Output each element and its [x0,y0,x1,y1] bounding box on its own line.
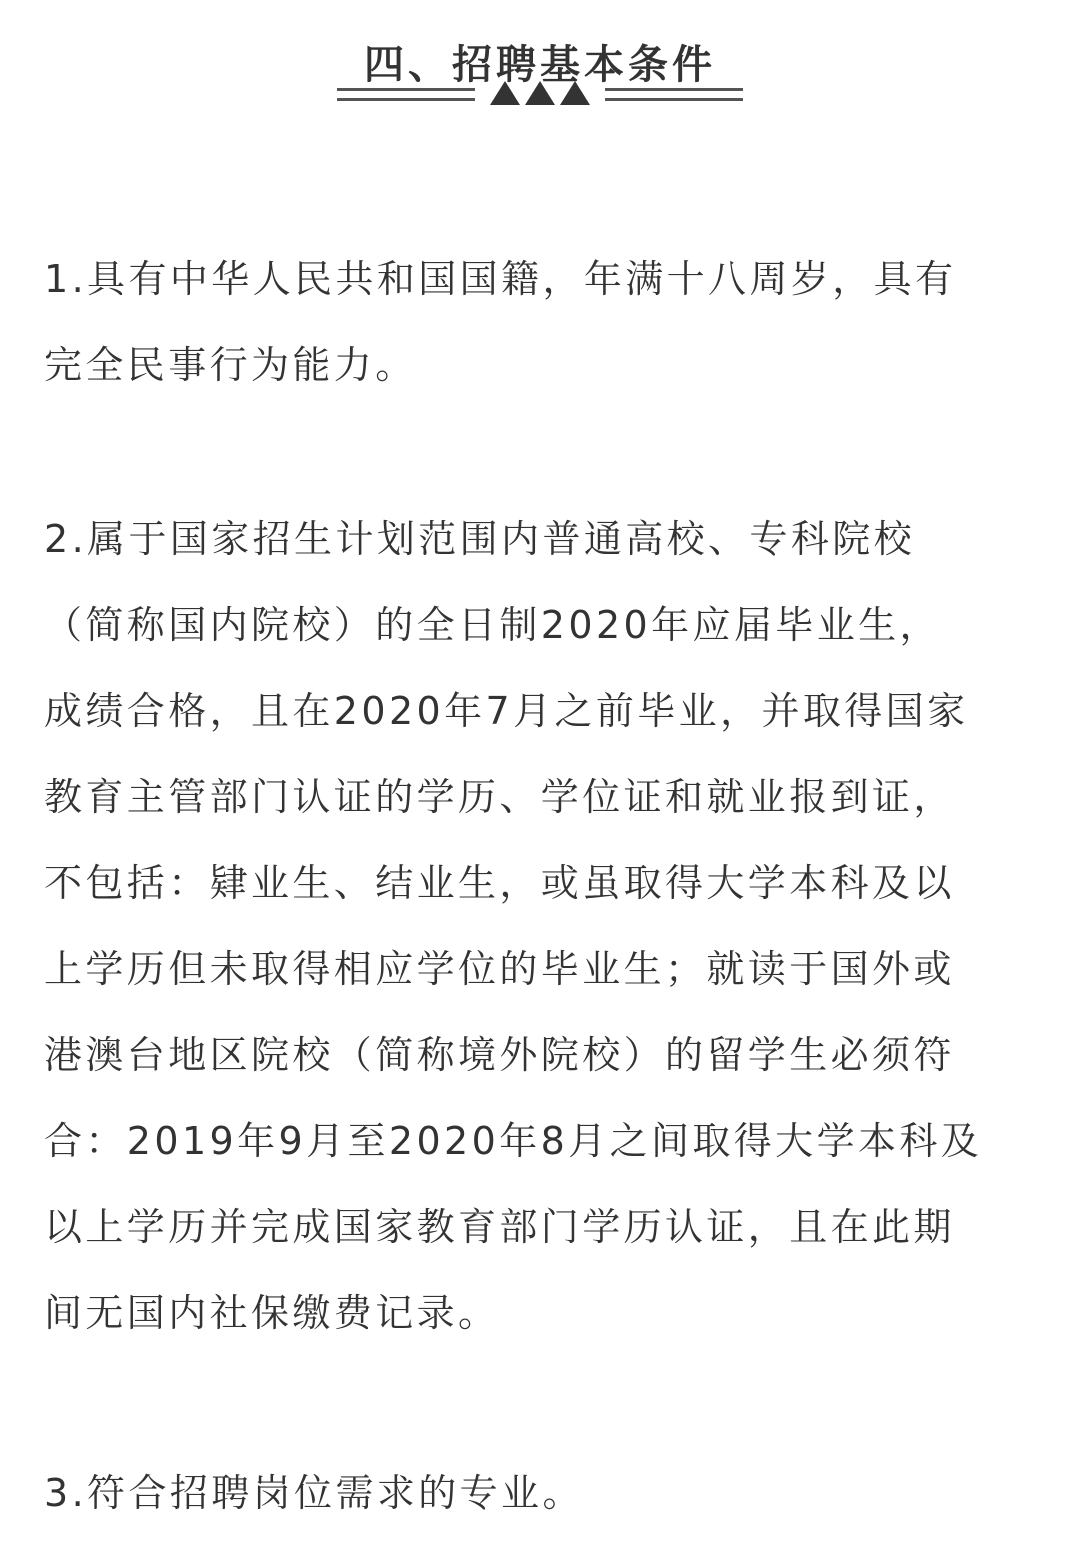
text-line: 1.具有中华人民共和国国籍，年满十八周岁，具有 [44,236,1044,322]
triangle-icon [525,81,555,105]
text-line: 成绩合格，且在2020年7月之前毕业，并取得国家 [44,668,1044,754]
text-line: 2.属于国家招生计划范围内普通高校、专科院校 [44,496,1044,582]
triple-triangle-icon [490,81,590,105]
text-line: 间无国内社保缴费记录。 [44,1270,1044,1356]
text-line: 合：2019年9月至2020年8月之间取得大学本科及 [44,1098,1044,1184]
text-line: 教育主管部门认证的学历、学位证和就业报到证， [44,754,1044,840]
text-line: 上学历但未取得相应学位的毕业生；就读于国外或 [44,926,1044,1012]
requirement-3: 3.符合招聘岗位需求的专业。 [44,1450,1044,1536]
triangle-icon [560,81,590,105]
text-line: 不包括：肄业生、结业生，或虽取得大学本科及以 [44,840,1044,926]
triangle-icon [490,81,520,105]
text-line: 以上学历并完成国家教育部门学历认证，且在此期 [44,1184,1044,1270]
double-line-left [337,88,475,101]
text-line: 港澳台地区院校（简称境外院校）的留学生必须符 [44,1012,1044,1098]
text-line: （简称国内院校）的全日制2020年应届毕业生， [44,582,1044,668]
requirement-2: 2.属于国家招生计划范围内普通高校、专科院校 （简称国内院校）的全日制2020年… [44,496,1044,1356]
double-line-right [605,88,743,101]
text-line: 完全民事行为能力。 [44,322,1044,408]
requirement-1: 1.具有中华人民共和国国籍，年满十八周岁，具有 完全民事行为能力。 [44,236,1044,408]
text-line: 3.符合招聘岗位需求的专业。 [44,1450,1044,1536]
heading-divider [0,80,1080,106]
